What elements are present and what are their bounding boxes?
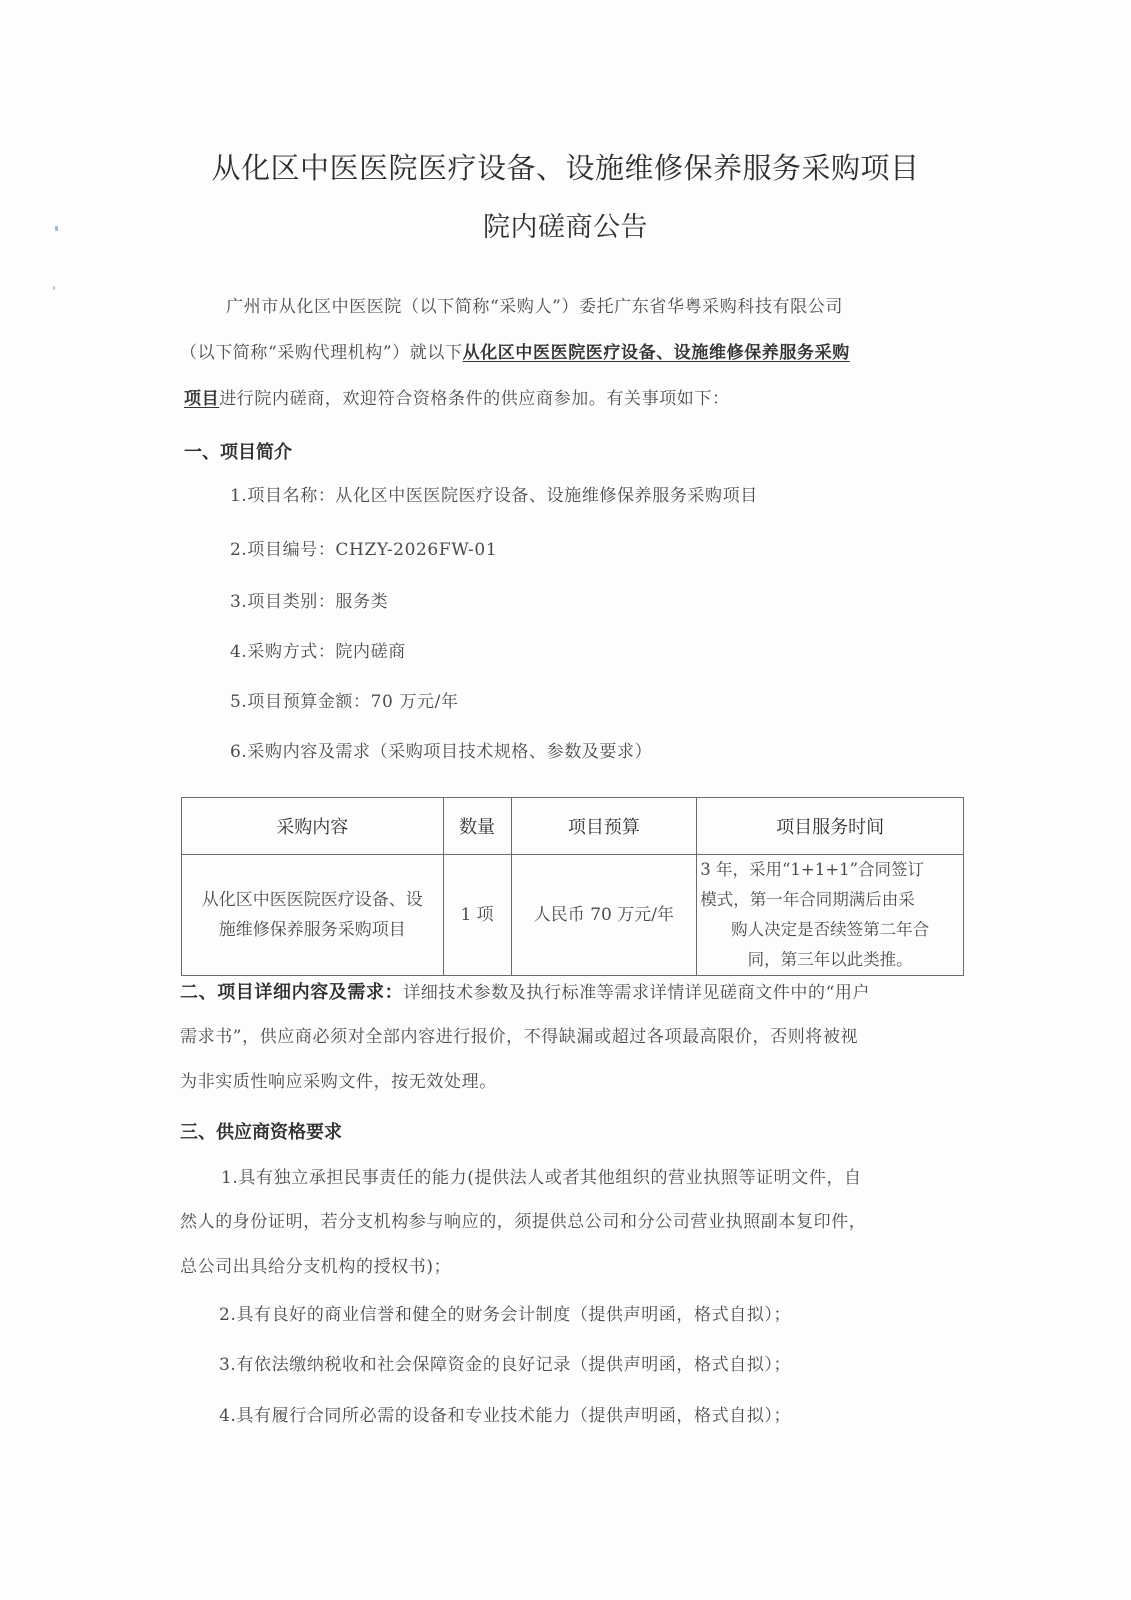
section-1-heading: 一、项目简介 [184,438,292,464]
cell-content-line-1: 从化区中医医院医疗设备、设 [185,885,440,915]
section-3-heading: 三、供应商资格要求 [180,1118,342,1144]
cell-service-line-4: 同，第三年以此类推。 [700,945,960,975]
section-2-line-1: 二、项目详细内容及需求：详细技术参数及执行标准等需求详情详见磋商文件中的“用户 [180,983,870,1003]
intro-line-2-prefix: （以下简称“采购代理机构”）就以下 [180,343,463,363]
section-3-item-2: 2.具有良好的商业信誉和健全的财务会计制度（提供声明函，格式自拟）； [219,1305,791,1325]
section-2-line-2: 需求书”，供应商必须对全部内容进行报价，不得缺漏或超过各项最高限价，否则将被视 [180,1027,858,1047]
cell-service-time: 3 年，采用“1+1+1”合同签订 模式，第一年合同期满后由采 购人决定是否续签… [697,855,964,976]
document-page: 从化区中医医院医疗设备、设施维修保养服务采购项目 院内磋商公告 广州市从化区中医… [0,0,1131,1600]
header-service-time: 项目服务时间 [697,798,964,855]
cell-budget: 人民币 70 万元/年 [511,855,697,976]
section-3-item-4: 4.具有履行合同所必需的设备和专业技术能力（提供声明函，格式自拟）； [219,1406,791,1426]
section-1-item-4: 4.采购方式：院内磋商 [230,642,406,662]
document-title: 从化区中医医院医疗设备、设施维修保养服务采购项目 [0,146,1131,187]
intro-line-1: 广州市从化区中医医院（以下简称“采购人”）委托广东省华粤采购科技有限公司 [226,297,843,317]
section-1-item-6: 6.采购内容及需求（采购项目技术规格、参数及要求） [230,742,652,762]
section-3-item-3: 3.有依法缴纳税收和社会保障资金的良好记录（提供声明函，格式自拟）； [219,1355,791,1375]
cell-content-line-2: 施维修保养服务采购项目 [185,915,440,945]
scan-speck [53,286,55,290]
project-name-underlined-cont: 项目 [184,389,219,409]
cell-service-line-1: 3 年，采用“1+1+1”合同签订 [700,855,960,885]
section-2-text-1: 详细技术参数及执行标准等需求详情详见磋商文件中的“用户 [403,983,870,1003]
cell-service-line-3: 购人决定是否续签第二年合 [700,915,960,945]
header-budget: 项目预算 [511,798,697,855]
document-subtitle: 院内磋商公告 [0,205,1131,244]
cell-content: 从化区中医医院医疗设备、设 施维修保养服务采购项目 [182,855,444,976]
project-name-underlined: 从化区中医医院医疗设备、设施维修保养服务采购 [463,343,850,363]
section-1-item-5: 5.项目预算金额：70 万元/年 [230,692,459,712]
section-1-item-3: 3.项目类别：服务类 [230,592,388,612]
procurement-table: 采购内容 数量 项目预算 项目服务时间 从化区中医医院医疗设备、设 施维修保养服… [181,797,964,976]
table-header-row: 采购内容 数量 项目预算 项目服务时间 [182,798,964,855]
cell-service-line-2: 模式，第一年合同期满后由采 [700,885,960,915]
section-2-heading: 二、项目详细内容及需求： [180,982,403,1003]
section-3-item-1-line-1: 1.具有独立承担民事责任的能力(提供法人或者其他组织的营业执照等证明文件，自 [221,1168,862,1188]
section-2-line-3: 为非实质性响应采购文件，按无效处理。 [180,1072,497,1092]
cell-quantity: 1 项 [443,855,511,976]
intro-line-3: 项目进行院内磋商，欢迎符合资格条件的供应商参加。有关事项如下： [184,389,730,409]
section-3-item-1-line-2: 然人的身份证明，若分支机构参与响应的，须提供总公司和分公司营业执照副本复印件， [180,1212,866,1232]
section-1-item-1: 1.项目名称：从化区中医医院医疗设备、设施维修保养服务采购项目 [230,486,758,506]
table-row: 从化区中医医院医疗设备、设 施维修保养服务采购项目 1 项 人民币 70 万元/… [182,855,964,976]
section-1-item-2: 2.项目编号：CHZY-2026FW-01 [230,540,497,560]
intro-line-2: （以下简称“采购代理机构”）就以下从化区中医医院医疗设备、设施维修保养服务采购 [180,343,850,363]
section-3-item-1-line-3: 总公司出具给分支机构的授权书)； [180,1257,451,1277]
header-quantity: 数量 [443,798,511,855]
header-content: 采购内容 [182,798,444,855]
intro-line-3-suffix: 进行院内磋商，欢迎符合资格条件的供应商参加。有关事项如下： [219,389,729,409]
